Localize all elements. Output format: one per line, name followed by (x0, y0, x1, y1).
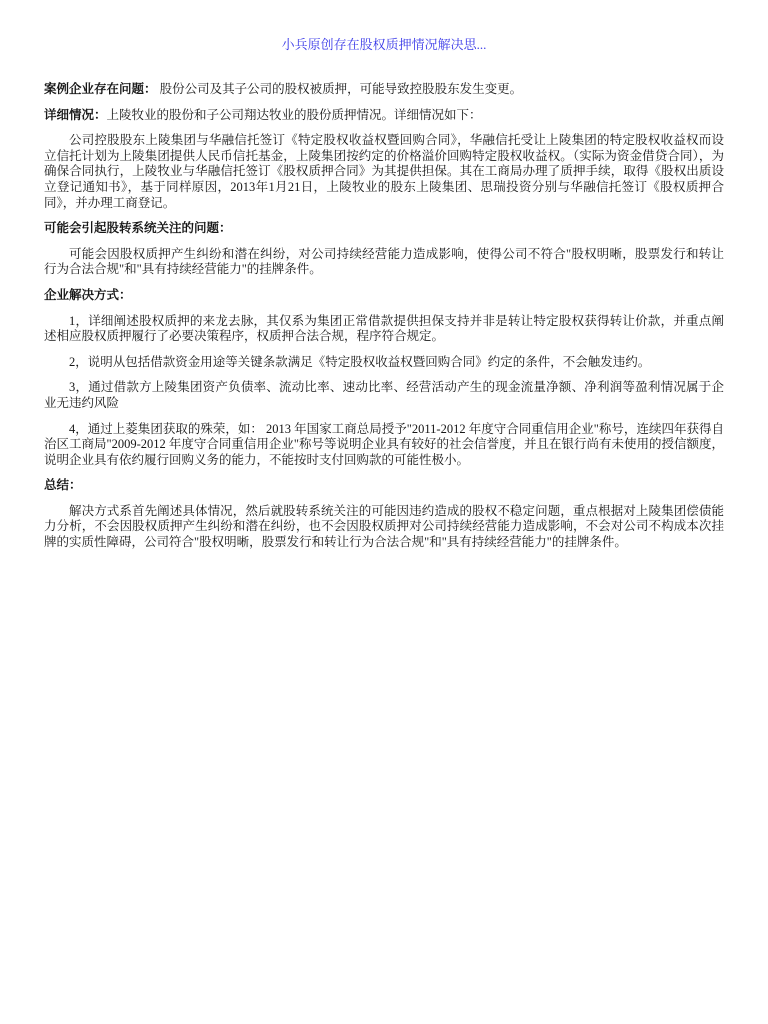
details-paragraph: 详细情况：上陵牧业的股份和子公司翔达牧业的股份质押情况。详细情况如下： (44, 108, 724, 124)
details-body-paragraph: 公司控股股东上陵集团与华融信托签订《特定股权收益权暨回购合同》，华融信托受让上陵… (44, 133, 724, 211)
concern-paragraph: 可能会因股权质押产生纠纷和潜在纠纷，对公司持续经营能力造成影响，使得公司不符合"… (44, 247, 724, 278)
summary-paragraph: 解决方式系首先阐述具体情况，然后就股转系统关注的可能因违约造成的股权不稳定问题，… (44, 504, 724, 551)
summary-heading: 总结： (44, 478, 724, 494)
concern-heading: 可能会引起股转系统关注的问题： (44, 221, 724, 237)
document-title-link[interactable]: 小兵原创存在股权质押情况解决思... (282, 37, 487, 52)
case-problem-paragraph: 案例企业存在问题： 股份公司及其子公司的股权被质押，可能导致控股股东发生变更。 (44, 82, 724, 98)
solution-item-3: 3，通过借款方上陵集团资产负债率、流动比率、速动比率、经营活动产生的现金流量净额… (44, 380, 724, 411)
solution-item-1: 1，详细阐述股权质押的来龙去脉，其仅系为集团正常借款提供担保支持并非是转让特定股… (44, 314, 724, 345)
document-page: 小兵原创存在股权质押情况解决思... 案例企业存在问题： 股份公司及其子公司的股… (0, 0, 768, 1024)
document-header: 小兵原创存在股权质押情况解决思... (44, 36, 724, 54)
details-text: 上陵牧业的股份和子公司翔达牧业的股份质押情况。详细情况如下： (107, 108, 482, 122)
solution-item-2: 2，说明从包括借款资金用途等关键条款满足《特定股权收益权暨回购合同》约定的条件，… (44, 355, 724, 371)
solution-heading: 企业解决方式： (44, 288, 724, 304)
case-problem-label: 案例企业存在问题： (44, 82, 157, 96)
case-problem-text: 股份公司及其子公司的股权被质押，可能导致控股股东发生变更。 (157, 82, 523, 96)
details-label: 详细情况： (44, 108, 107, 122)
solution-item-4: 4，通过上菱集团获取的殊荣，如： 2013 年国家工商总局授予"2011-201… (44, 422, 724, 469)
